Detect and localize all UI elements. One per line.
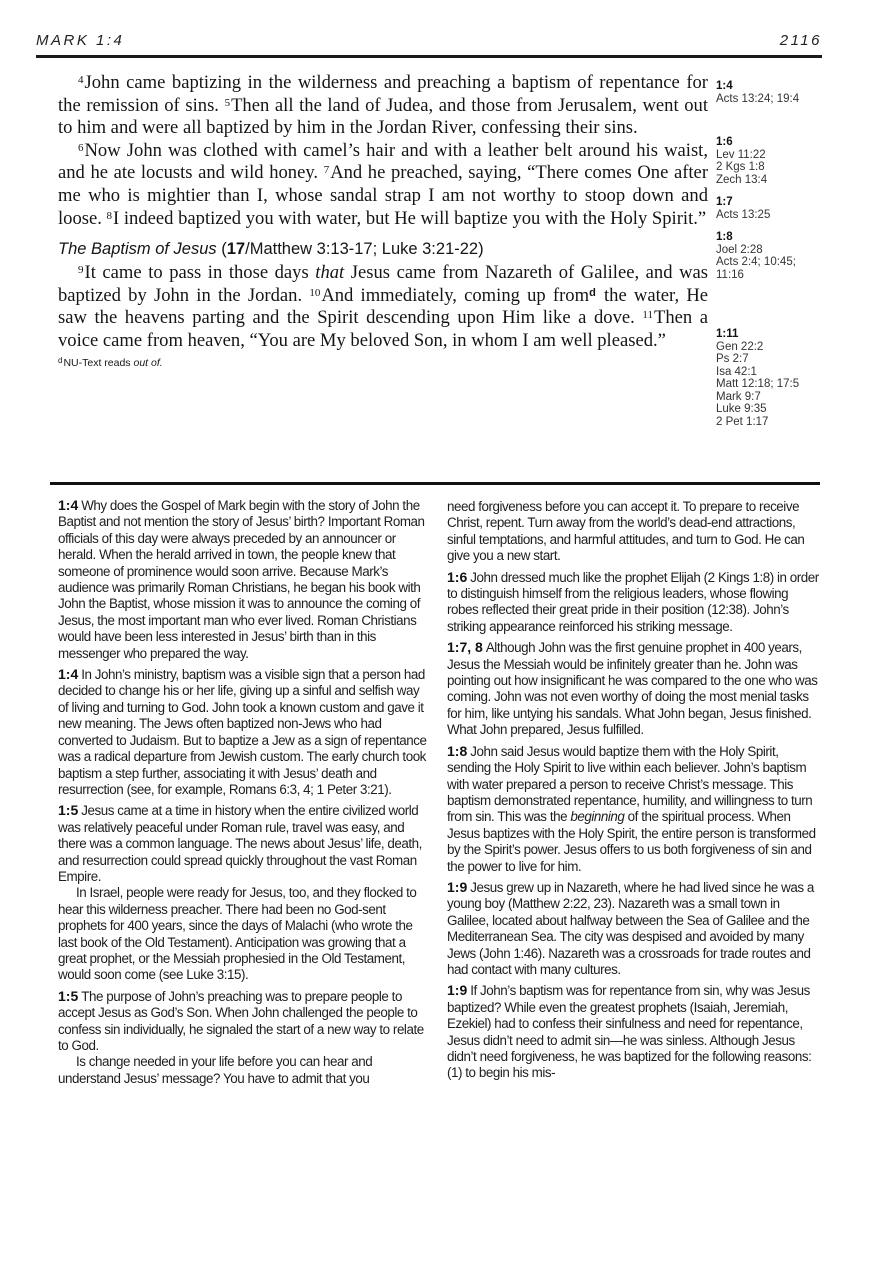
note-reference: 1:9 <box>447 879 467 895</box>
verse-number: 10 <box>309 287 320 299</box>
cross-reference-1-8: 1:8 Joel 2:28 Acts 2:4; 10:45; 11:16 <box>716 231 856 281</box>
commentary-note: 1:8John said Jesus would baptize them wi… <box>447 743 819 875</box>
section-title: The Baptism of Jesus <box>58 240 217 258</box>
italic-word: that <box>315 262 344 283</box>
xref-link[interactable]: Luke 9:35 <box>716 403 856 416</box>
commentary-column-right: need forgiveness before you can accept i… <box>447 499 819 1086</box>
running-head: MARK 1:4 2116 <box>36 32 822 54</box>
xref-link[interactable]: Mark 9:7 <box>716 391 856 404</box>
page-number: 2116 <box>780 32 822 49</box>
xref-link[interactable]: Ps 2:7 <box>716 353 856 366</box>
note-reference: 1:6 <box>447 569 467 585</box>
commentary-note: 1:5Jesus came at a time in history when … <box>58 802 430 885</box>
footnote: dNU-Text reads out of. <box>58 355 708 371</box>
xref-link[interactable]: Joel 2:28 <box>716 244 856 257</box>
commentary-note-continuation: In Israel, people were ready for Jesus, … <box>58 885 430 983</box>
xref-key: 1:6 <box>716 136 856 149</box>
commentary-note: 1:5The purpose of John’s preaching was t… <box>58 988 430 1055</box>
cross-reference-1-11: 1:11 Gen 22:2 Ps 2:7 Isa 42:1 Matt 12:18… <box>716 328 856 428</box>
verse-number: 8 <box>107 210 113 222</box>
verse-number: 4 <box>78 74 84 86</box>
scripture-paragraph: 9It came to pass in those days that Jesu… <box>58 262 708 352</box>
note-reference: 1:8 <box>447 743 467 759</box>
xref-link[interactable]: Acts 13:24; 19:4 <box>716 93 856 106</box>
harmony-number: 17 <box>227 240 245 258</box>
header-rule <box>36 55 822 58</box>
xref-link[interactable]: Acts 2:4; 10:45; <box>716 256 856 269</box>
note-reference: 1:7, 8 <box>447 639 483 655</box>
scripture-text: 4John came baptizing in the wilderness a… <box>58 72 708 371</box>
xref-link[interactable]: 11:16 <box>716 269 856 282</box>
commentary-note-continuation: Is change needed in your life before you… <box>58 1054 430 1087</box>
scripture-paragraph: 4John came baptizing in the wilderness a… <box>58 72 708 140</box>
parallel-passages: /Matthew 3:13-17; Luke 3:21-22) <box>245 240 483 258</box>
xref-key: 1:4 <box>716 80 856 93</box>
scripture-paragraph: 6Now John was clothed with camel’s hair … <box>58 140 708 230</box>
xref-link[interactable]: Zech 13:4 <box>716 174 856 187</box>
section-heading: The Baptism of Jesus (17/Matthew 3:13-17… <box>58 238 708 260</box>
commentary-note: 1:4Why does the Gospel of Mark begin wit… <box>58 497 430 662</box>
bible-page: MARK 1:4 2116 4John came baptizing in th… <box>0 0 871 1280</box>
verse-number: 5 <box>225 97 231 109</box>
commentary-note-continuation: need forgiveness before you can accept i… <box>447 499 819 565</box>
xref-key: 1:8 <box>716 231 856 244</box>
xref-link[interactable]: 2 Kgs 1:8 <box>716 161 856 174</box>
commentary-note: 1:6John dressed much like the prophet El… <box>447 569 819 636</box>
note-reference: 1:4 <box>58 497 78 513</box>
note-reference: 1:9 <box>447 982 467 998</box>
commentary-note: 1:9Jesus grew up in Nazareth, where he h… <box>447 879 819 978</box>
commentary-note: 1:4In John’s ministry, baptism was a vis… <box>58 666 430 798</box>
note-reference: 1:5 <box>58 802 78 818</box>
footnote-marker[interactable]: d <box>589 287 596 299</box>
commentary-column-left: 1:4Why does the Gospel of Mark begin wit… <box>58 497 430 1091</box>
xref-link[interactable]: 2 Pet 1:17 <box>716 416 856 429</box>
cross-reference-1-6: 1:6 Lev 11:22 2 Kgs 1:8 Zech 13:4 <box>716 136 856 186</box>
xref-link[interactable]: Gen 22:2 <box>716 341 856 354</box>
verse-number: 7 <box>324 164 330 176</box>
cross-reference-1-4: 1:4 Acts 13:24; 19:4 <box>716 80 856 105</box>
xref-link[interactable]: Acts 13:25 <box>716 209 856 222</box>
xref-key: 1:11 <box>716 328 856 341</box>
verse-text: I indeed baptized you with water, but He… <box>113 208 706 229</box>
book-reference: MARK 1:4 <box>36 32 124 49</box>
cross-reference-1-7: 1:7 Acts 13:25 <box>716 196 856 221</box>
verse-number: 6 <box>78 142 84 154</box>
xref-link[interactable]: Matt 12:18; 17:5 <box>716 378 856 391</box>
verse-number: 9 <box>78 264 84 276</box>
commentary-note: 1:7, 8Although John was the first genuin… <box>447 639 819 738</box>
verse-number: 11 <box>642 309 653 321</box>
xref-link[interactable]: Isa 42:1 <box>716 366 856 379</box>
xref-key: 1:7 <box>716 196 856 209</box>
commentary-divider-rule <box>50 482 820 485</box>
footnote-marker: d <box>58 356 62 365</box>
xref-link[interactable]: Lev 11:22 <box>716 149 856 162</box>
note-reference: 1:5 <box>58 988 78 1004</box>
note-reference: 1:4 <box>58 666 78 682</box>
commentary-note: 1:9If John’s baptism was for repentance … <box>447 982 819 1081</box>
